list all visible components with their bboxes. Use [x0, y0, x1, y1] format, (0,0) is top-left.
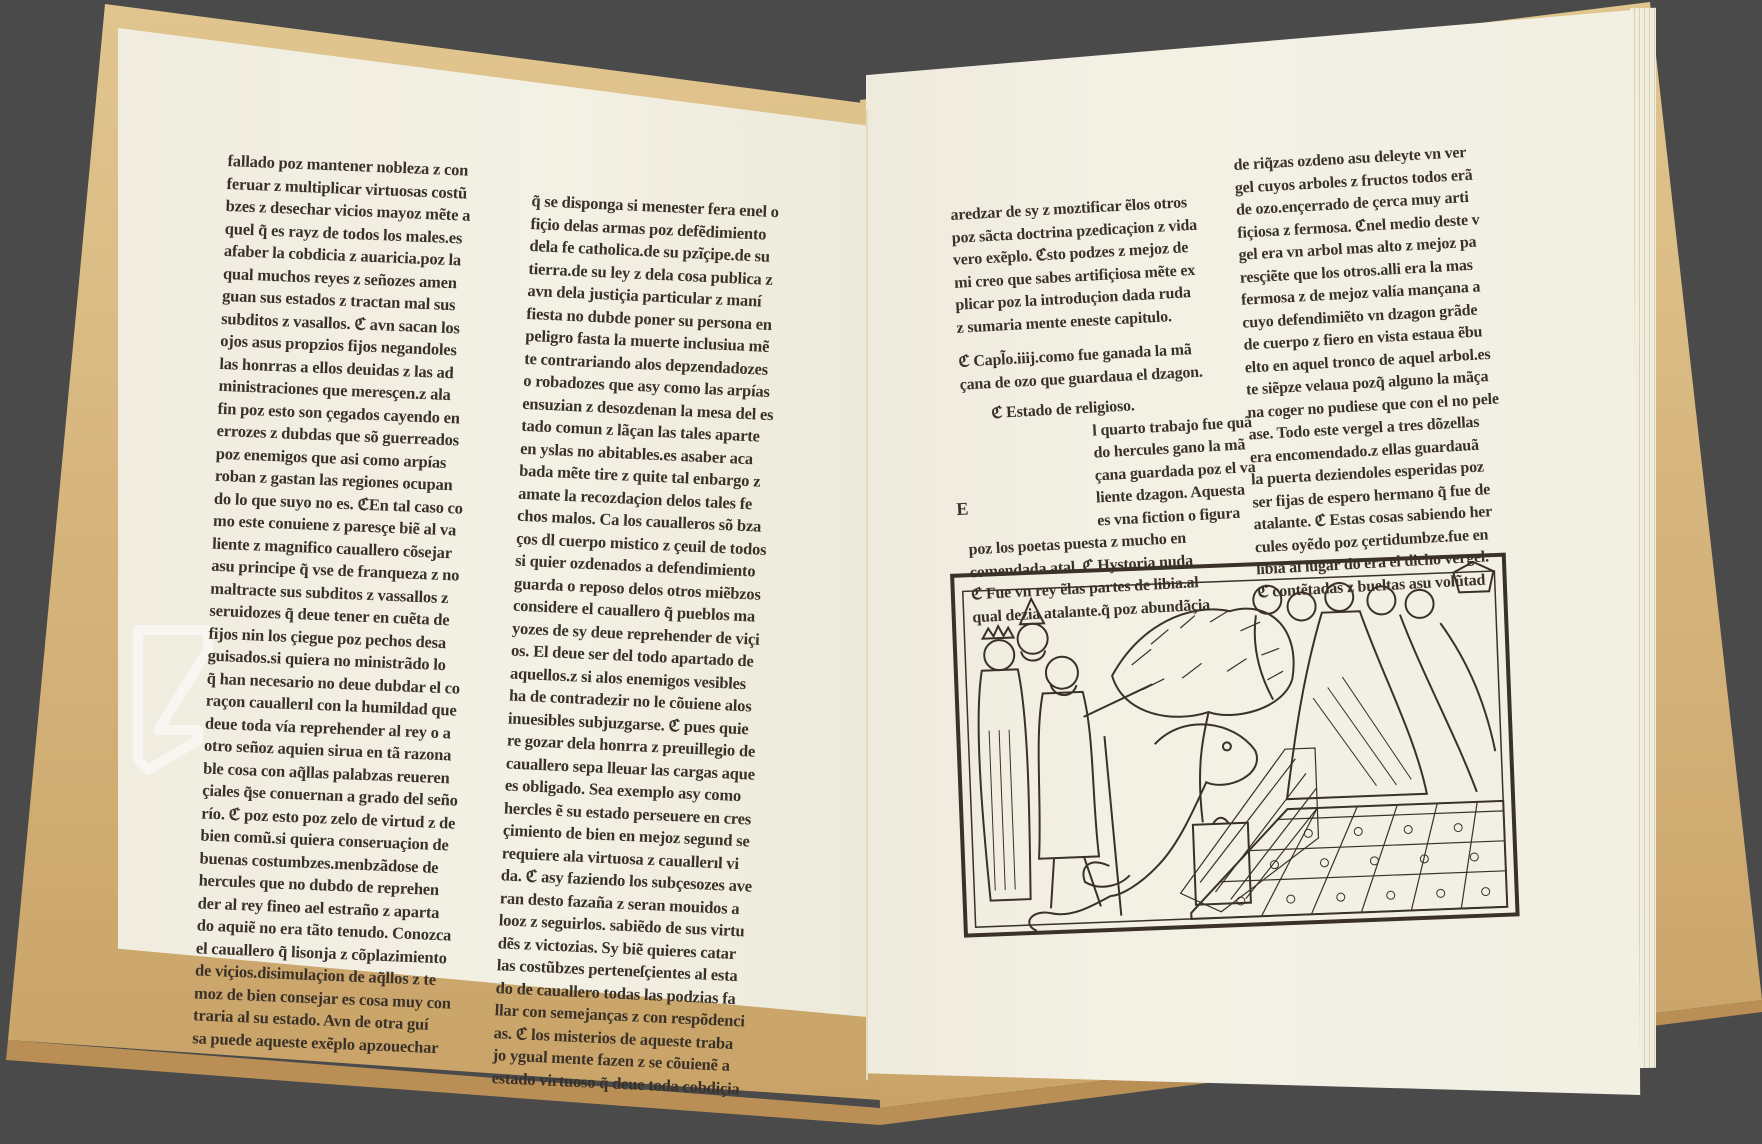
mitred-figure-icon — [1016, 598, 1048, 661]
left-page-column-1: fallado poz mantener nobleza z con ferua… — [192, 150, 485, 1060]
tree-icon — [1110, 606, 1300, 825]
drop-initial: E — [956, 497, 969, 520]
dragon-icon — [1022, 722, 1263, 931]
hercules-figure-icon — [1031, 653, 1161, 918]
left-page-column-2: q̃ se disponga si menester fera enel o f… — [491, 190, 783, 1100]
woodcut-illustration — [948, 551, 1522, 940]
book-gutter — [866, 110, 868, 1080]
right-page-column-2: de riq̃zas ozdeno asu deleyte vn ver gel… — [1233, 141, 1509, 604]
maidens-group-icon — [1252, 561, 1502, 800]
indented-text-block: l quarto trabajo fue quã do hercules gan… — [962, 411, 1258, 539]
book-photo: fallado poz mantener nobleza z con ferua… — [0, 0, 1762, 1144]
chapter-heading: ℭ Capl̃o.iiij.como fue ganada la mã çana… — [958, 336, 1251, 397]
crowned-king-icon — [974, 625, 1032, 901]
